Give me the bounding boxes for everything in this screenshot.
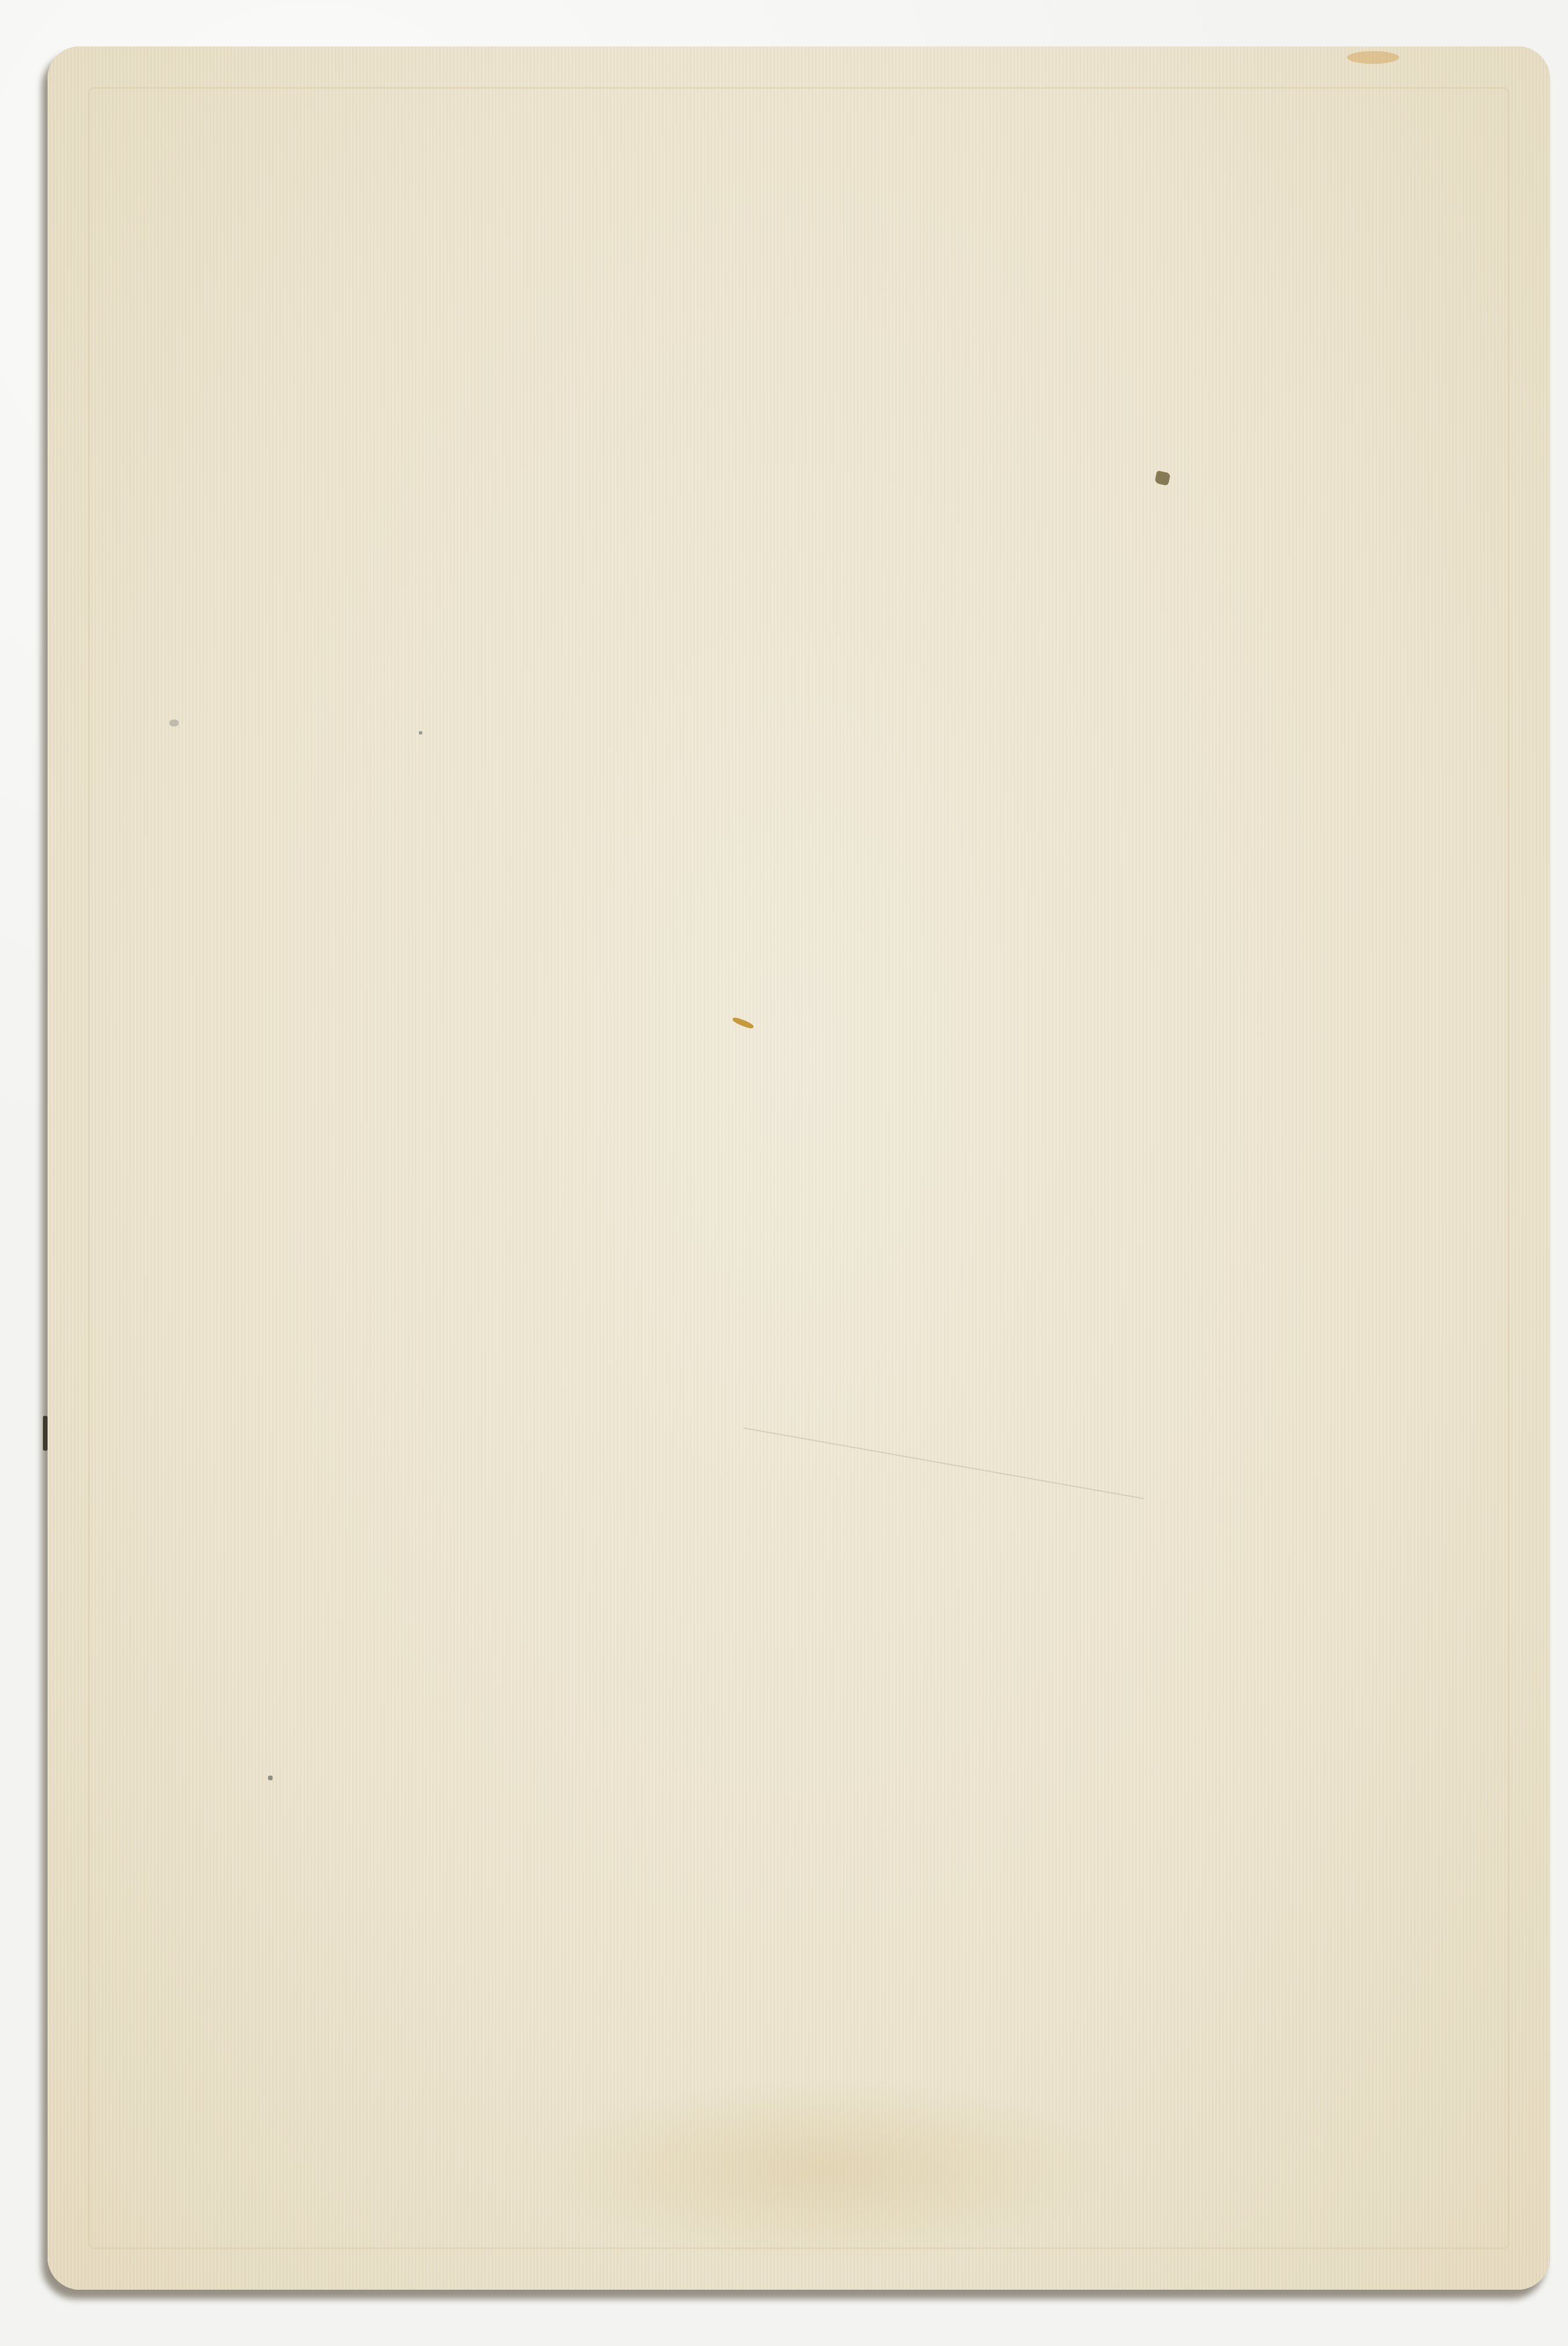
edge-stain [1347, 51, 1399, 64]
edge-mark [43, 1416, 48, 1451]
small-speck [419, 731, 422, 735]
foxing-stain [535, 2077, 1115, 2263]
card-inner-border [88, 87, 1509, 2249]
small-speck [268, 1776, 273, 1780]
smudge [169, 720, 179, 726]
cabinet-card-back [48, 46, 1550, 2290]
